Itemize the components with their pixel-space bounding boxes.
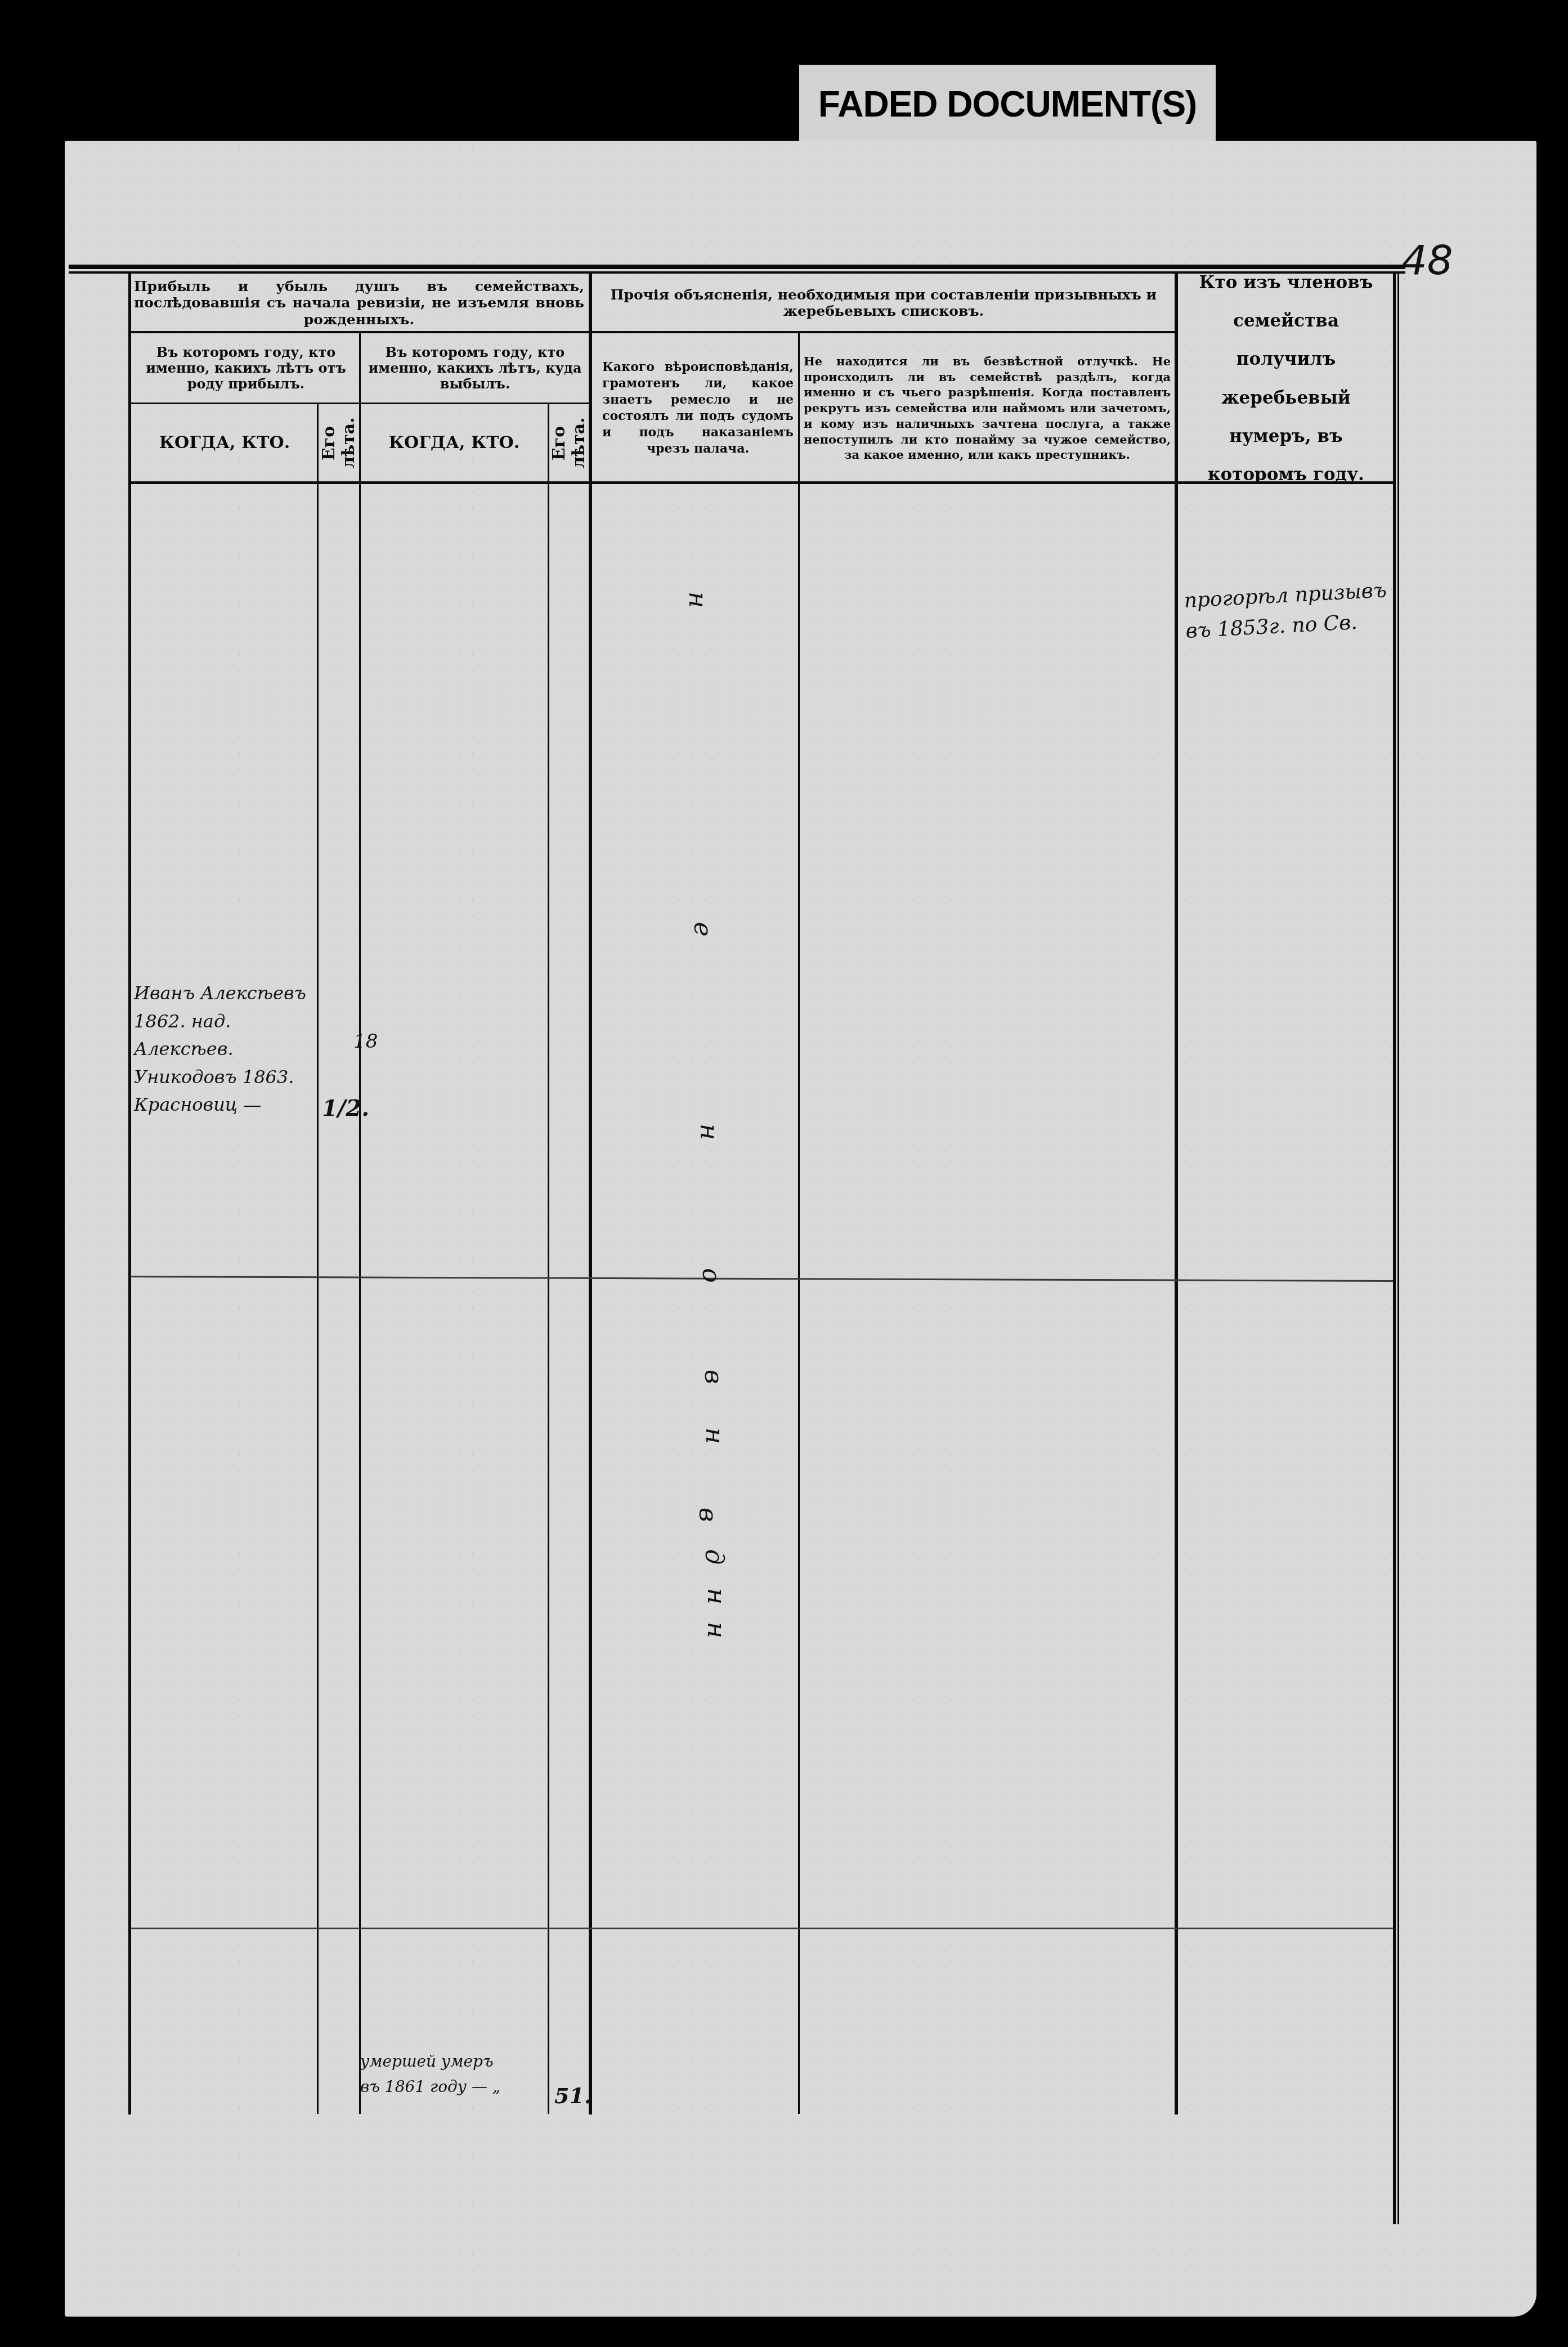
divider-religion-absence [798, 331, 800, 2114]
rule-left [128, 274, 131, 2114]
section1-title: Прибыль и убыль душъ въ семействахъ, пос… [134, 277, 584, 329]
arrived-age-header-text: Его лѣта. [319, 406, 359, 480]
departed-header: Въ которомъ году, кто именно, какихъ лѣт… [362, 335, 588, 401]
rule-right-outer [1397, 274, 1399, 2224]
arrived-age: 1/2. [322, 1095, 369, 1121]
lot-number-note: прогорѣл призывъ въ 1853г. по Св. [1183, 574, 1422, 647]
divider-arrived-departed [359, 331, 361, 2114]
religion-header: Какого вѣроисповѣданія, грамотенъ ли, ка… [602, 338, 794, 479]
divider-section2 [589, 274, 592, 2114]
arrived-header: Въ которомъ году, кто именно, какихъ лѣт… [134, 335, 358, 401]
departed-age-header: Его лѣта. [550, 406, 588, 480]
religion-letter-9: н [702, 1588, 731, 1604]
page-number: 48 [1401, 236, 1453, 284]
arrived-age-header: Его лѣта. [320, 406, 358, 480]
departed-line-1: умершей умеръ [360, 2049, 552, 2075]
arrived-entry: Иванъ Алексѣевъ 1862. над. Алексѣев. Уни… [134, 980, 320, 1119]
religion-letter-3: н [695, 1124, 723, 1140]
arrived-age-top: 18 [353, 1030, 378, 1053]
header-rule-2 [131, 403, 590, 404]
arrived-line-1: Иванъ Алексѣевъ [134, 980, 320, 1008]
lot-number-header: Кто изъ членовъ семейства получилъ жереб… [1182, 279, 1390, 479]
departed-age: 51. [554, 2083, 592, 2108]
arrived-line-3: Уникодовъ 1863. [134, 1063, 320, 1092]
religion-letter-8: д [700, 1549, 728, 1565]
arrived-line-4: Красновиц — [134, 1091, 320, 1119]
religion-letter-5: в [699, 1370, 728, 1384]
departed-entry: умершей умеръ въ 1861 году — „ [360, 2049, 552, 2100]
departed-line-2: въ 1861 году — „ [360, 2075, 552, 2100]
arrived-when-who-header: КОГДА, КТО. [134, 406, 315, 480]
religion-letter-6: н [700, 1428, 729, 1444]
religion-letter-2: е [688, 922, 717, 936]
header-rule-1 [131, 331, 1175, 333]
row-divider-2 [131, 1928, 1393, 1929]
faded-document-label: FADED DOCUMENT(S) [799, 65, 1216, 144]
religion-letter-10: н [702, 1622, 731, 1638]
religion-letter-1: н [683, 592, 712, 608]
departed-when-who-header: КОГДА, КТО. [362, 406, 546, 480]
faded-document-label-text: FADED DOCUMENT(S) [818, 83, 1197, 125]
divider-section3 [1175, 274, 1178, 2114]
divider-age-departed [548, 403, 549, 2114]
religion-letter-7: в [693, 1508, 722, 1522]
departed-age-header-text: Его лѣта. [549, 406, 589, 480]
religion-letter-4: о [697, 1268, 725, 1283]
section2-title: Прочія объясненія, необходимыя при соста… [597, 277, 1171, 329]
rule-right [1393, 274, 1396, 2224]
absence-header: Не находится ли въ безвѣстной отлучкѣ. Н… [804, 338, 1171, 479]
arrived-line-2: 1862. над. Алексѣев. [134, 1008, 320, 1063]
divider-age-arrived [317, 403, 319, 2114]
